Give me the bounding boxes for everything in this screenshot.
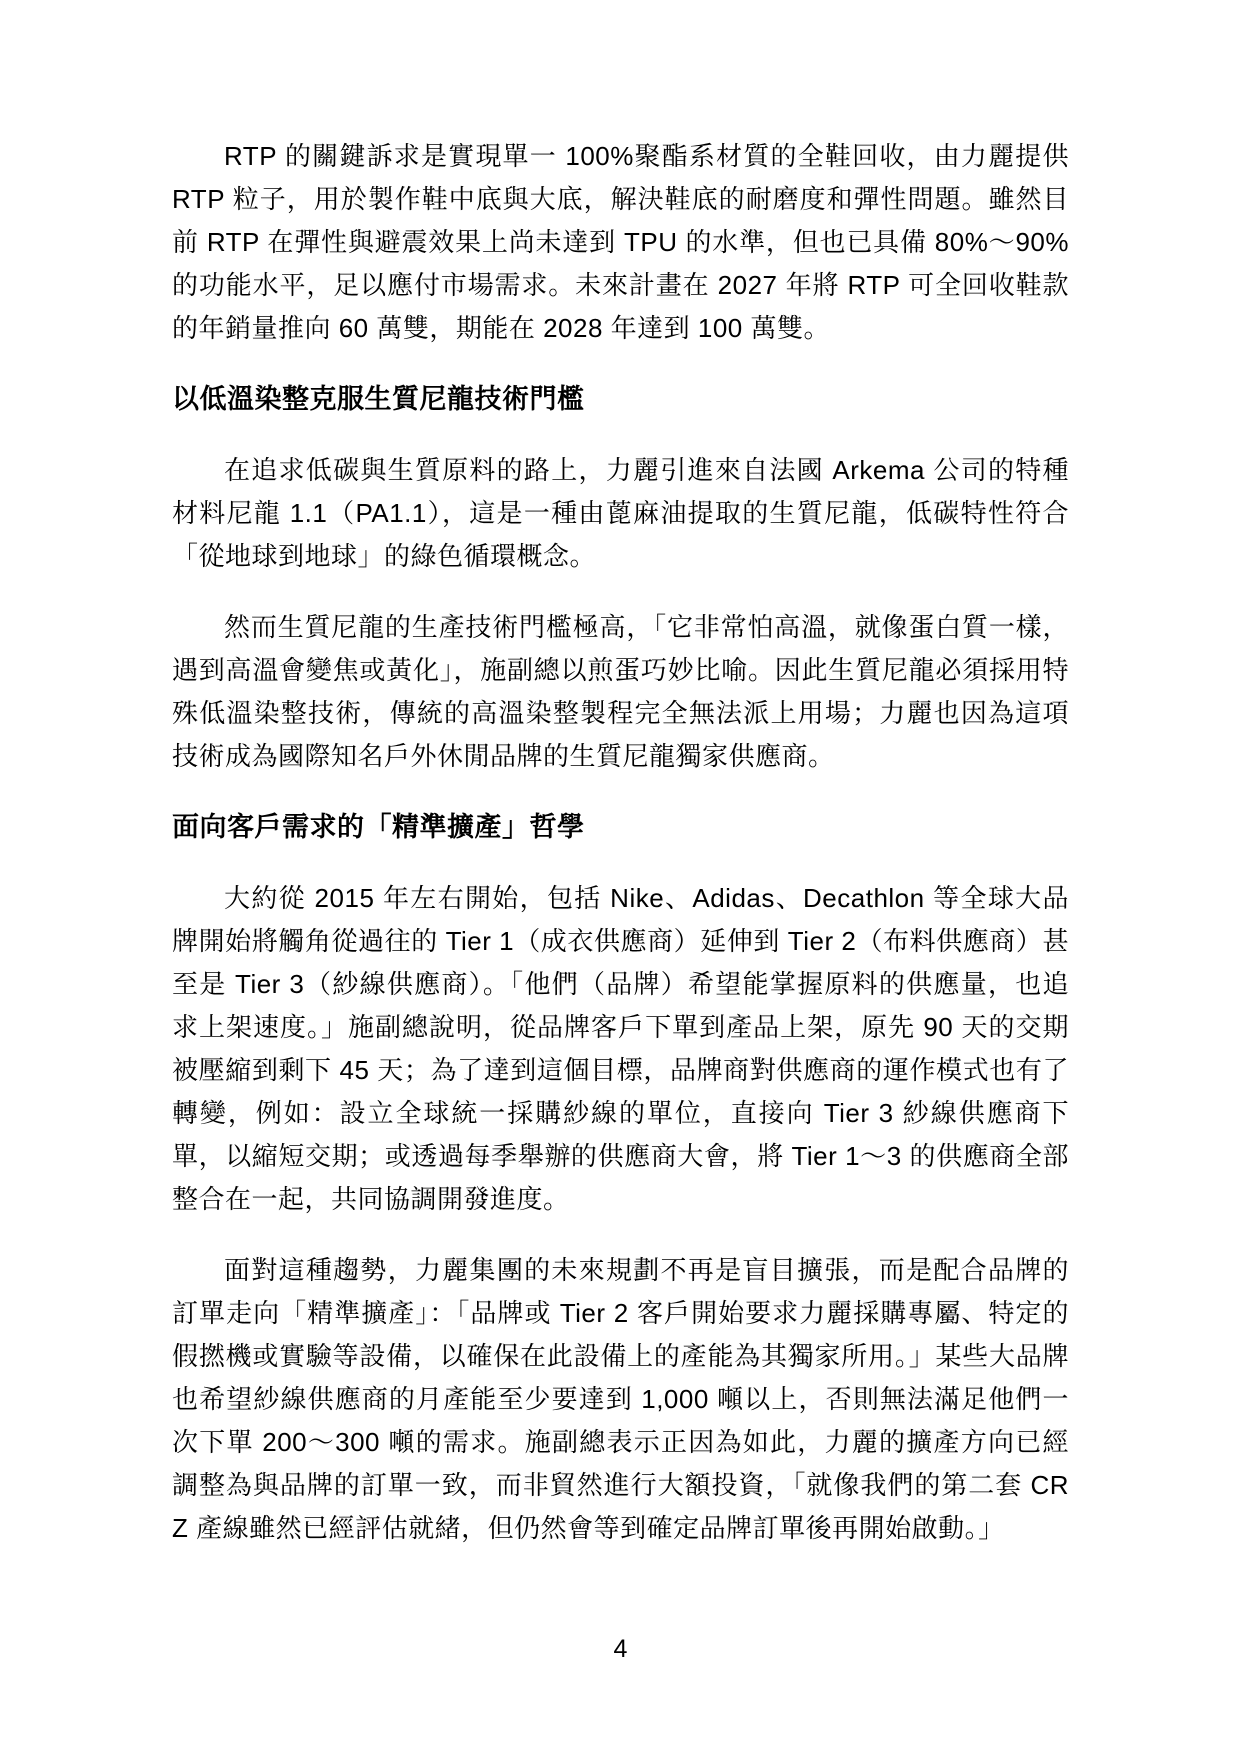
- page-number: 4: [0, 1628, 1241, 1671]
- paragraph-precise-expansion-strategy: 面對這種趨勢，力麗集團的未來規劃不再是盲目擴張，而是配合品牌的訂單走向「精準擴產…: [172, 1249, 1069, 1550]
- paragraph-bio-nylon-technical-barrier: 然而生質尼龍的生產技術門檻極高，「它非常怕高溫，就像蛋白質一樣，遇到高溫會變焦或…: [172, 606, 1069, 778]
- paragraph-arkema-bio-nylon: 在追求低碳與生質原料的路上，力麗引進來自法國 Arkema 公司的特種材料尼龍 …: [172, 449, 1069, 578]
- section-heading-precise-expansion: 面向客戶需求的「精準擴產」哲學: [172, 806, 1069, 849]
- paragraph-rtp-shoe-recycling: RTP 的關鍵訴求是實現單一 100%聚酯系材質的全鞋回收，由力麗提供 RTP …: [172, 135, 1069, 350]
- paragraph-brand-tier-supply-chain: 大約從 2015 年左右開始，包括 Nike、Adidas、Decathlon …: [172, 877, 1069, 1221]
- document-page: RTP 的關鍵訴求是實現單一 100%聚酯系材質的全鞋回收，由力麗提供 RTP …: [0, 0, 1241, 1755]
- document-content: RTP 的關鍵訴求是實現單一 100%聚酯系材質的全鞋回收，由力麗提供 RTP …: [172, 135, 1069, 1578]
- section-heading-low-temp-dyeing: 以低溫染整克服生質尼龍技術門檻: [172, 378, 1069, 421]
